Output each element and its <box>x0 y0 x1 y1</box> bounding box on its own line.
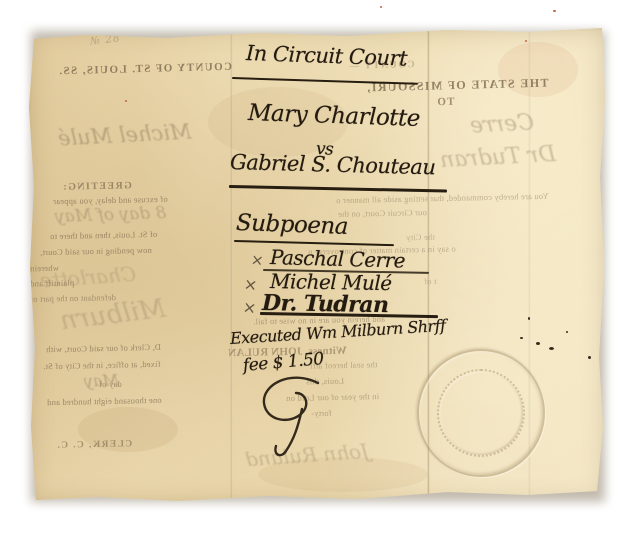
red-speck <box>380 6 382 8</box>
red-speck <box>525 40 527 42</box>
print-bleed-county-line: COUNTY OF ST. LOUIS, SS. <box>58 61 232 78</box>
script-bleed-7: May <box>84 370 120 390</box>
print-bleed-body-3r: the City <box>406 232 435 243</box>
embossed-seal-inner-ring <box>437 369 525 457</box>
print-bleed-clerk-cc: CLERK, C. C. <box>56 439 132 451</box>
fold-crease-left <box>230 27 233 505</box>
ink-speck <box>536 342 540 345</box>
docket-court-line: In Circuit Court <box>246 41 408 71</box>
docket-defendant: Gabriel S. Chouteau <box>230 150 436 179</box>
ink-speck <box>549 347 554 350</box>
print-bleed-body-3l: now pending in our said Court, <box>40 245 152 257</box>
embossed-seal <box>417 349 545 477</box>
print-bleed-greeting: GREETING: <box>62 180 132 192</box>
ink-speck <box>528 317 530 320</box>
print-bleed-body-2r: our Circuit Court, on the <box>338 207 427 219</box>
red-speck <box>553 10 556 12</box>
script-bleed-3: Dr Tudran <box>439 142 556 173</box>
print-bleed-body-2l: of St. Louis, then and there to <box>50 229 157 241</box>
scanned-document-page: COUNTY OF ST. LOUIS, SS. COUNTY — THE ST… <box>0 0 640 536</box>
script-bleed-1: Michel Mulé <box>57 120 192 151</box>
script-bleed-2: Cerre <box>469 110 534 138</box>
print-bleed-state-heading: THE STATE OF MISSOURI, <box>366 76 549 96</box>
ink-speck <box>520 337 523 339</box>
print-bleed-seal-line-l: fixed, at office, in the City of St. <box>43 359 161 371</box>
witness-cross-mark-3: × <box>242 297 258 318</box>
docket-title: Subpoena <box>236 210 349 240</box>
print-bleed-year-line-l: one thousand eight hundred and <box>47 395 162 407</box>
underline-defendant <box>229 185 447 192</box>
script-bleed-4: 8 day of May <box>55 203 167 227</box>
print-bleed-part-of: t of <box>424 276 437 286</box>
print-bleed-body-1r: You are hereby commanded, that setting a… <box>336 191 549 205</box>
clerk-flourish <box>250 375 345 460</box>
witness-cross-mark-2: × <box>243 274 259 295</box>
red-speck <box>125 100 127 102</box>
document-sheet: COUNTY OF ST. LOUIS, SS. COUNTY — THE ST… <box>28 27 608 505</box>
ink-speck <box>588 356 591 359</box>
witness-cross-mark-1: × <box>250 250 265 270</box>
ink-speck <box>566 331 568 333</box>
print-bleed-to: TO <box>436 96 455 108</box>
docket-plaintiff: Mary Charlotte <box>248 100 421 132</box>
print-bleed-witness-cont: D, Clerk of our said Court, with <box>46 342 161 354</box>
